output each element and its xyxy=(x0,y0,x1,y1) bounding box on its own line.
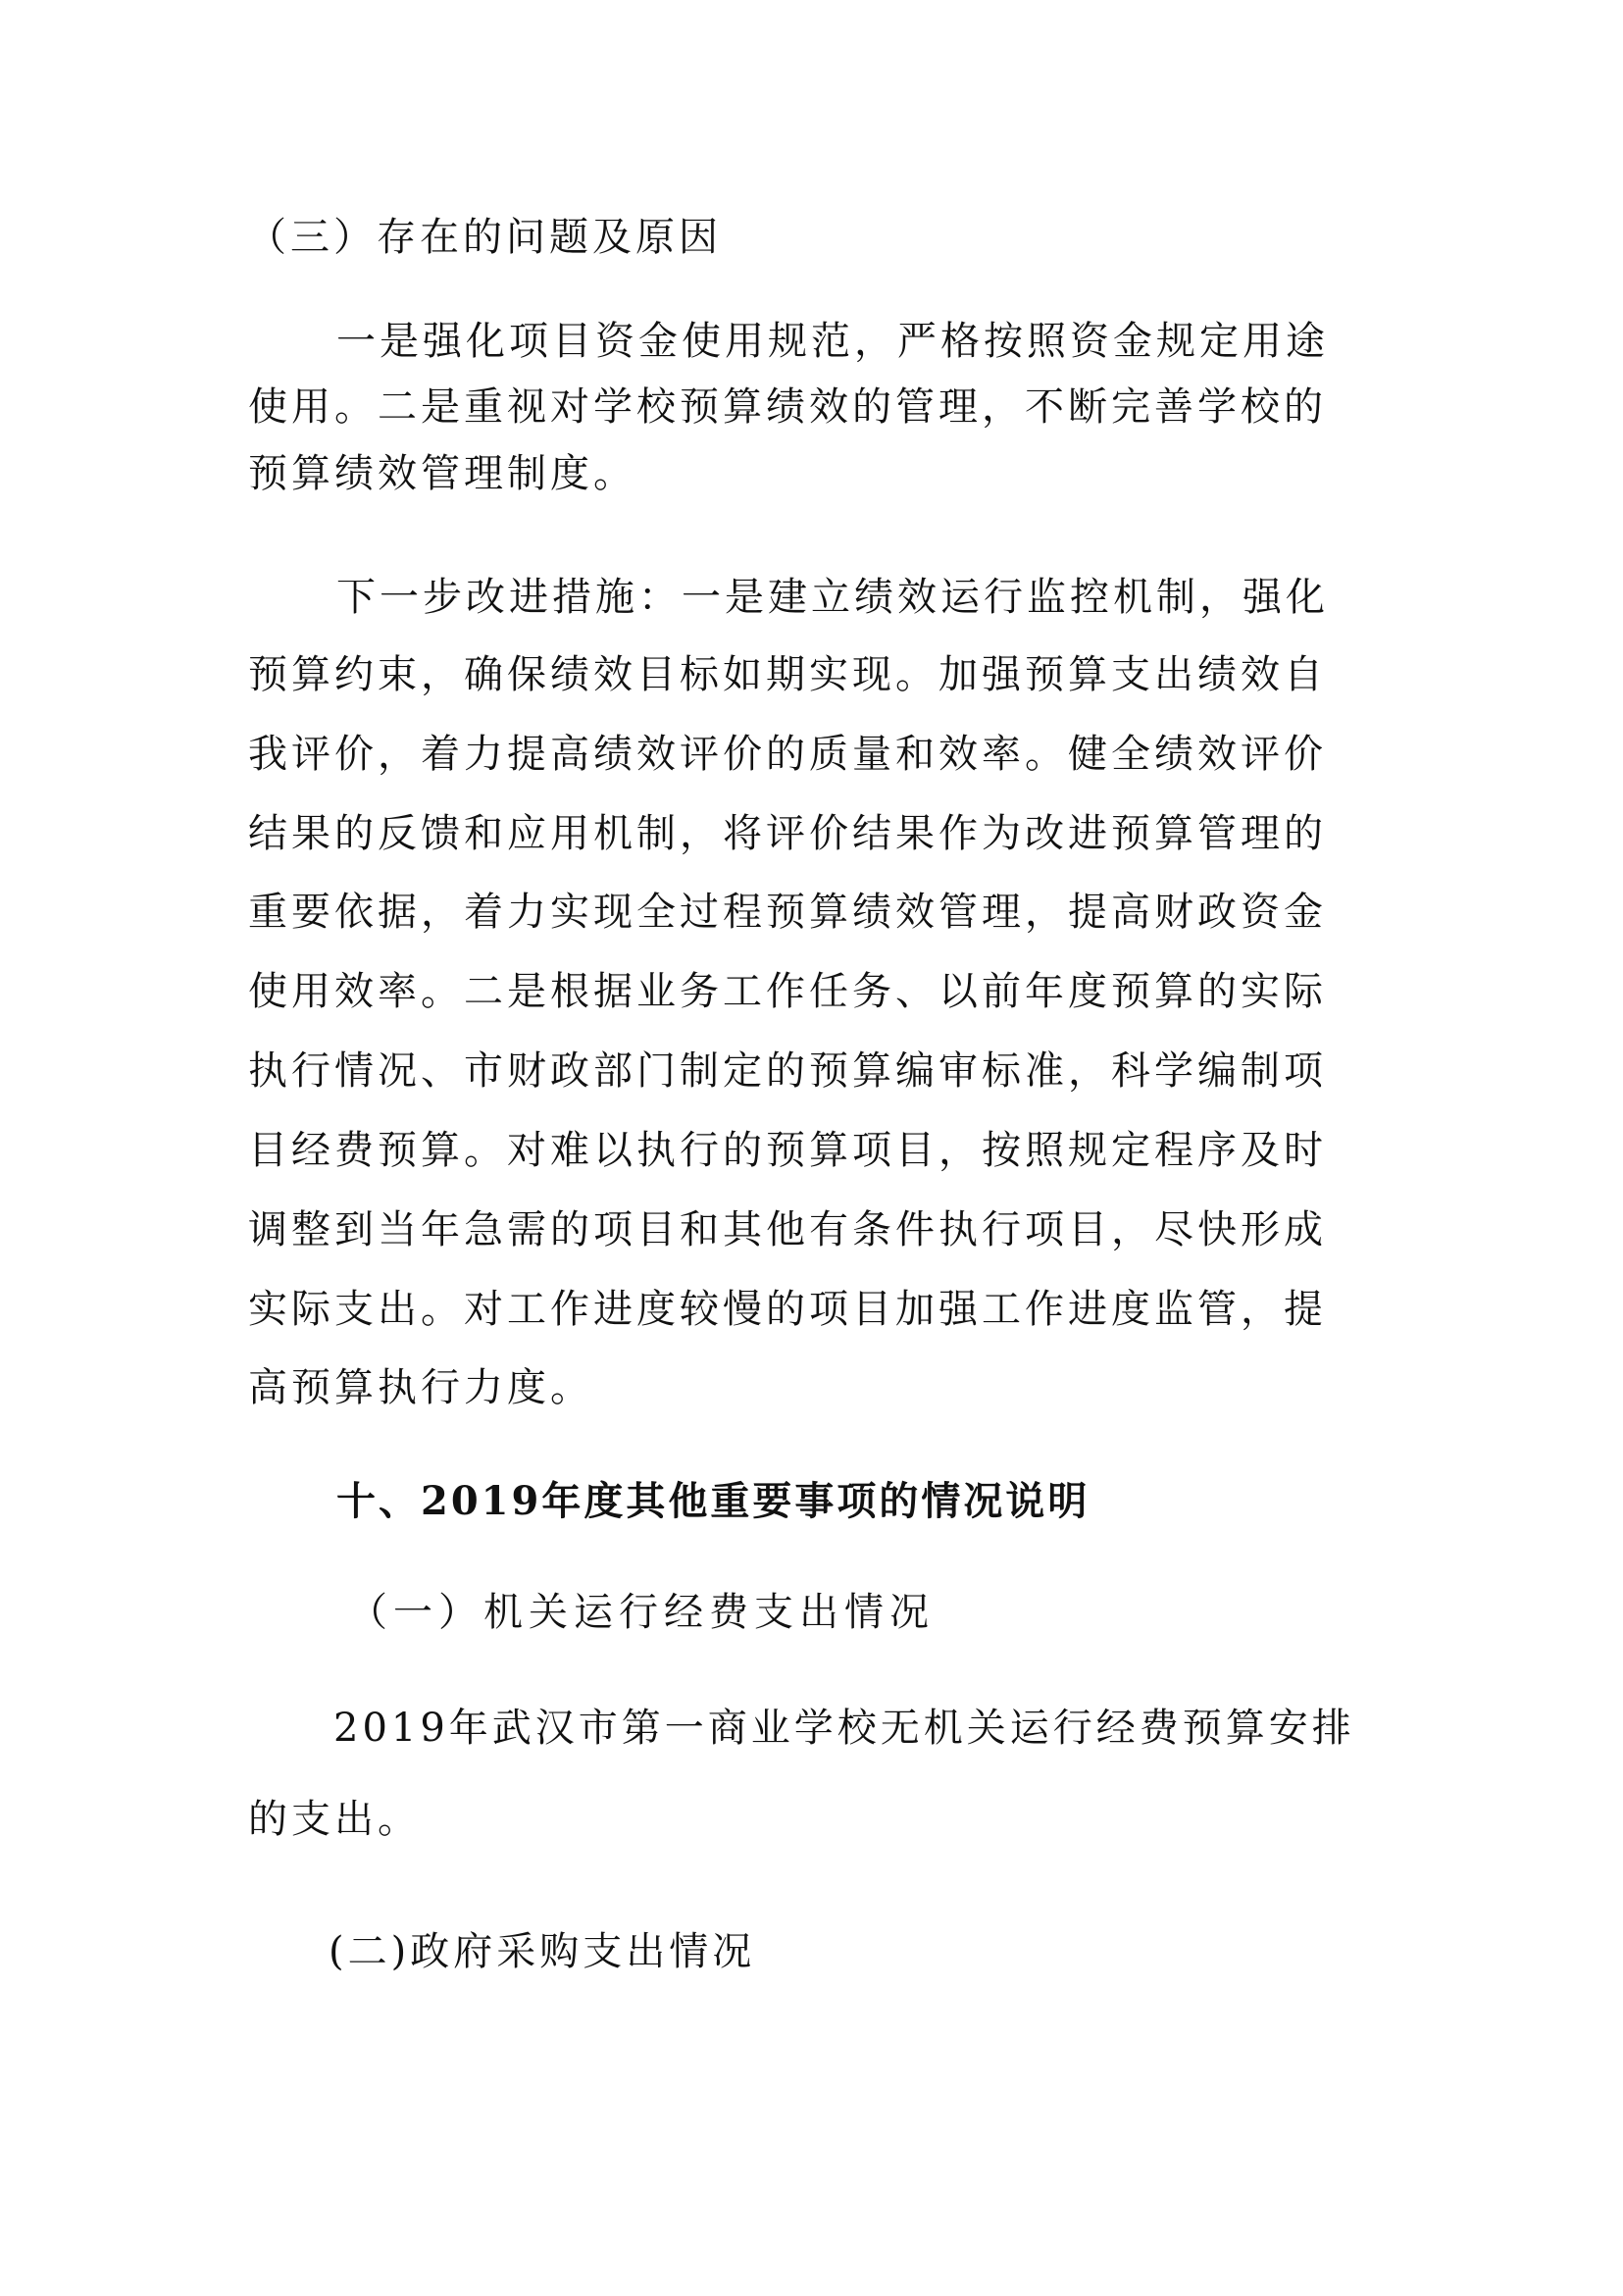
paragraph-line: 预算约束，确保绩效目标如期实现。加强预算支出绩效自 xyxy=(248,651,1327,698)
paragraph-line: 的支出。 xyxy=(248,1796,421,1843)
paragraph-line: 目经费预算。对难以执行的预算项目，按照规定程序及时 xyxy=(248,1127,1327,1174)
paragraph-line: 高预算执行力度。 xyxy=(248,1364,593,1411)
subsection-heading-procurement: (二)政府采购支出情况 xyxy=(329,1928,755,1975)
section-heading-other-matters: 十、2019年度其他重要事项的情况说明 xyxy=(336,1478,1090,1525)
paragraph-line: 使用效率。二是根据业务工作任务、以前年度预算的实际 xyxy=(248,968,1327,1015)
paragraph-line: 预算绩效管理制度。 xyxy=(248,450,636,497)
subsection-heading-operating-costs: （一）机关运行经费支出情况 xyxy=(348,1589,935,1636)
paragraph-line: 一是强化项目资金使用规范，严格按照资金规定用途 xyxy=(336,318,1329,365)
paragraph-line: 重要依据，着力实现全过程预算绩效管理，提高财政资金 xyxy=(248,889,1327,936)
paragraph-line: 下一步改进措施：一是建立绩效运行监控机制，强化 xyxy=(336,574,1329,621)
document-page: （三）存在的问题及原因 一是强化项目资金使用规范，严格按照资金规定用途 使用。二… xyxy=(0,0,1623,2296)
paragraph-line: 结果的反馈和应用机制，将评价结果作为改进预算管理的 xyxy=(248,810,1327,857)
paragraph-line: 执行情况、市财政部门制定的预算编审标准，科学编制项 xyxy=(248,1047,1327,1095)
paragraph-line: 调整到当年急需的项目和其他有条件执行项目，尽快形成 xyxy=(248,1206,1327,1253)
paragraph-line: 实际支出。对工作进度较慢的项目加强工作进度监管，提 xyxy=(248,1286,1327,1333)
paragraph-line: 2019年武汉市第一商业学校无机关运行经费预算安排 xyxy=(333,1705,1355,1752)
section-heading-problems: （三）存在的问题及原因 xyxy=(247,214,722,261)
paragraph-line: 使用。二是重视对学校预算绩效的管理，不断完善学校的 xyxy=(248,383,1327,431)
paragraph-line: 我评价，着力提高绩效评价的质量和效率。健全绩效评价 xyxy=(248,731,1327,778)
